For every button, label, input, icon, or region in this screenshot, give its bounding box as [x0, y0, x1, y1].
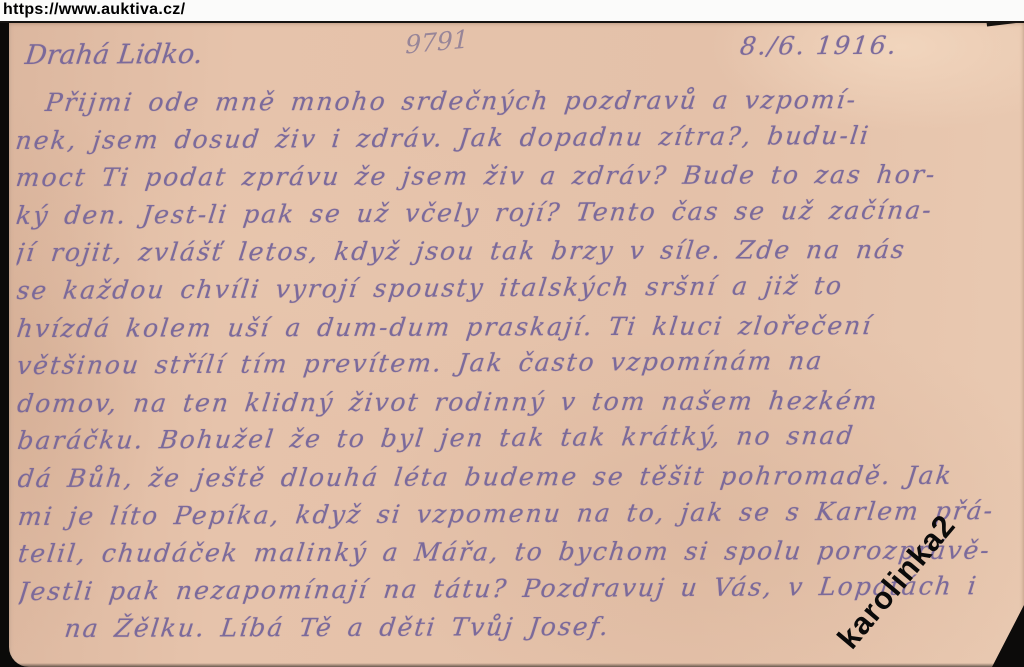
postcard-content: Drahá Lidko. 9791 8./6. 1916. Přijmi ode… — [7, 18, 1024, 667]
date-text: 8./6. 1916. — [738, 31, 899, 61]
handwritten-line: nek, jsem dosud živ i zdráv. Jak dopadnu… — [15, 115, 1023, 159]
handwritten-line: telil, chudáček malinký a Mářa, to bycho… — [16, 532, 1024, 573]
handwritten-line: se každou chvíli vyrojí spousty italskýc… — [15, 266, 1023, 310]
handwritten-line: ký den. Jest-li pak se už včely rojí? Te… — [15, 191, 1023, 235]
handwritten-line: většinou střílí tím prevítem. Jak často … — [15, 341, 1024, 385]
salutation-text: Drahá Lidko. — [23, 39, 204, 71]
scanner-top-strip: https://www.auktiva.cz/ — [0, 0, 1024, 23]
letter-body: Přijmi ode mně mnoho srdečných pozdravů … — [15, 78, 1024, 667]
source-url-text: https://www.auktiva.cz/ — [0, 0, 1024, 20]
handwritten-line: mi je líto Pepíka, když si vzpomenu na t… — [16, 491, 1024, 535]
scan-edge-bottom — [0, 663, 1024, 667]
postcard: Drahá Lidko. 9791 8./6. 1916. Přijmi ode… — [9, 21, 1024, 667]
handwritten-line: Přijmi ode mně mnoho srdečných pozdravů … — [15, 81, 1022, 122]
postcard-scan: https://www.auktiva.cz/ Drahá Lidko. 979… — [0, 0, 1024, 667]
handwritten-line: baráčku. Bohužel že to byl jen tak tak k… — [15, 416, 1024, 460]
catalog-number: 9791 — [405, 24, 469, 59]
handwritten-line: moct Ti podat zprávu že jsem živ a zdráv… — [15, 156, 1022, 197]
handwritten-line: dá Bůh, že ještě dlouhá léta budeme se t… — [16, 456, 1024, 497]
